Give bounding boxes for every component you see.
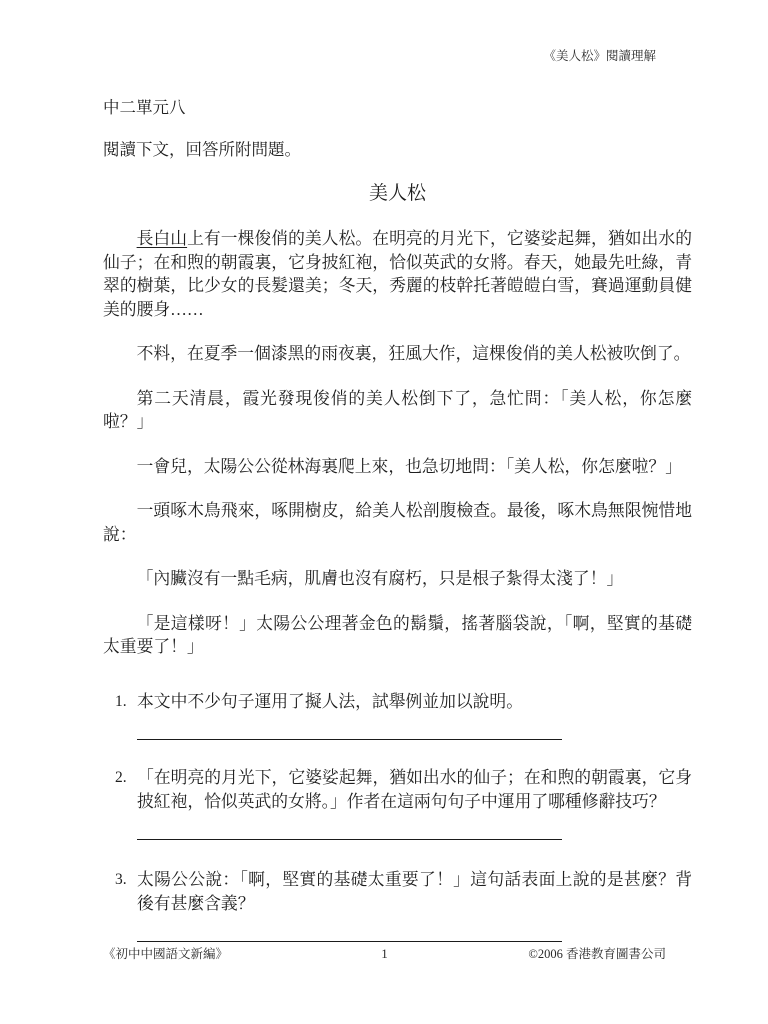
paragraph-text: 上有一棵俊俏的美人松。在明亮的月光下，它婆娑起舞，猶如出水的仙子；在和煦的朝霞裏… bbox=[103, 229, 692, 319]
question-text: 太陽公公說：「啊，堅實的基礎太重要了！」這句話表面上說的是甚麼？背後有甚麼含義？ bbox=[137, 868, 692, 915]
unit-heading: 中二單元八 bbox=[103, 96, 768, 120]
story-paragraph-2: 不料，在夏季一個漆黑的雨夜裏，狂風大作，這棵俊俏的美人松被吹倒了。 bbox=[103, 342, 692, 366]
footer-book-title: 《初中中國語文新編》 bbox=[0, 946, 381, 962]
question-item-1: 1. 本文中不少句子運用了擬人法，試舉例並加以說明。 bbox=[103, 690, 692, 741]
story-paragraph-7: 「是這樣呀！」太陽公公理著金色的鬍鬚，搖著腦袋說，「啊，堅實的基礎太重要了！」 bbox=[103, 612, 692, 659]
answer-line bbox=[137, 739, 562, 740]
question-list: 1. 本文中不少句子運用了擬人法，試舉例並加以說明。 2. 「在明亮的月光下，它… bbox=[103, 690, 692, 943]
story-paragraph-1: 長白山上有一棵俊俏的美人松。在明亮的月光下，它婆娑起舞，猶如出水的仙子；在和煦的… bbox=[103, 227, 692, 321]
story-paragraph-6: 「內臟沒有一點毛病，肌膚也沒有腐朽，只是根子紮得太淺了！」 bbox=[103, 567, 692, 591]
question-item-2: 2. 「在明亮的月光下，它婆娑起舞，猶如出水的仙子；在和煦的朝霞裏，它身披紅袍，… bbox=[103, 766, 692, 840]
question-number: 3. bbox=[103, 868, 137, 915]
story-title: 美人松 bbox=[103, 181, 692, 207]
proper-noun-underline: 長白山 bbox=[137, 229, 188, 248]
story-paragraph-3: 第二天清晨，霞光發現俊俏的美人松倒下了，急忙問：「美人松，你怎麼啦？」 bbox=[103, 387, 692, 434]
answer-line bbox=[137, 839, 562, 840]
question-text: 本文中不少句子運用了擬人法，試舉例並加以說明。 bbox=[137, 690, 692, 714]
page-footer: 《初中中國語文新編》 1 ©2006 香港教育圖書公司 bbox=[0, 946, 768, 962]
question-number: 2. bbox=[103, 766, 137, 813]
document-page: 《美人松》閱讀理解 中二單元八 閱讀下文，回答所附問題。 美人松 長白山上有一棵… bbox=[0, 0, 768, 1024]
story-body: 長白山上有一棵俊俏的美人松。在明亮的月光下，它婆娑起舞，猶如出水的仙子；在和煦的… bbox=[103, 227, 692, 659]
question-number: 1. bbox=[103, 690, 137, 714]
story-paragraph-4: 一會兒，太陽公公從林海裏爬上來，也急切地問：「美人松，你怎麼啦？」 bbox=[103, 455, 692, 479]
question-item-3: 3. 太陽公公說：「啊，堅實的基礎太重要了！」這句話表面上說的是甚麼？背後有甚麼… bbox=[103, 868, 692, 942]
header-title-label: 《美人松》閱讀理解 bbox=[543, 49, 656, 63]
question-text: 「在明亮的月光下，它婆娑起舞，猶如出水的仙子；在和煦的朝霞裏，它身披紅袍，恰似英… bbox=[137, 766, 692, 813]
instruction-text: 閱讀下文，回答所附問題。 bbox=[103, 138, 768, 162]
answer-line bbox=[137, 941, 562, 942]
story-paragraph-5: 一頭啄木鳥飛來，啄開樹皮，給美人松剖腹檢查。最後，啄木鳥無限惋惜地說： bbox=[103, 499, 692, 546]
footer-copyright: ©2006 香港教育圖書公司 bbox=[388, 946, 768, 962]
page-header: 《美人松》閱讀理解 bbox=[0, 0, 768, 64]
